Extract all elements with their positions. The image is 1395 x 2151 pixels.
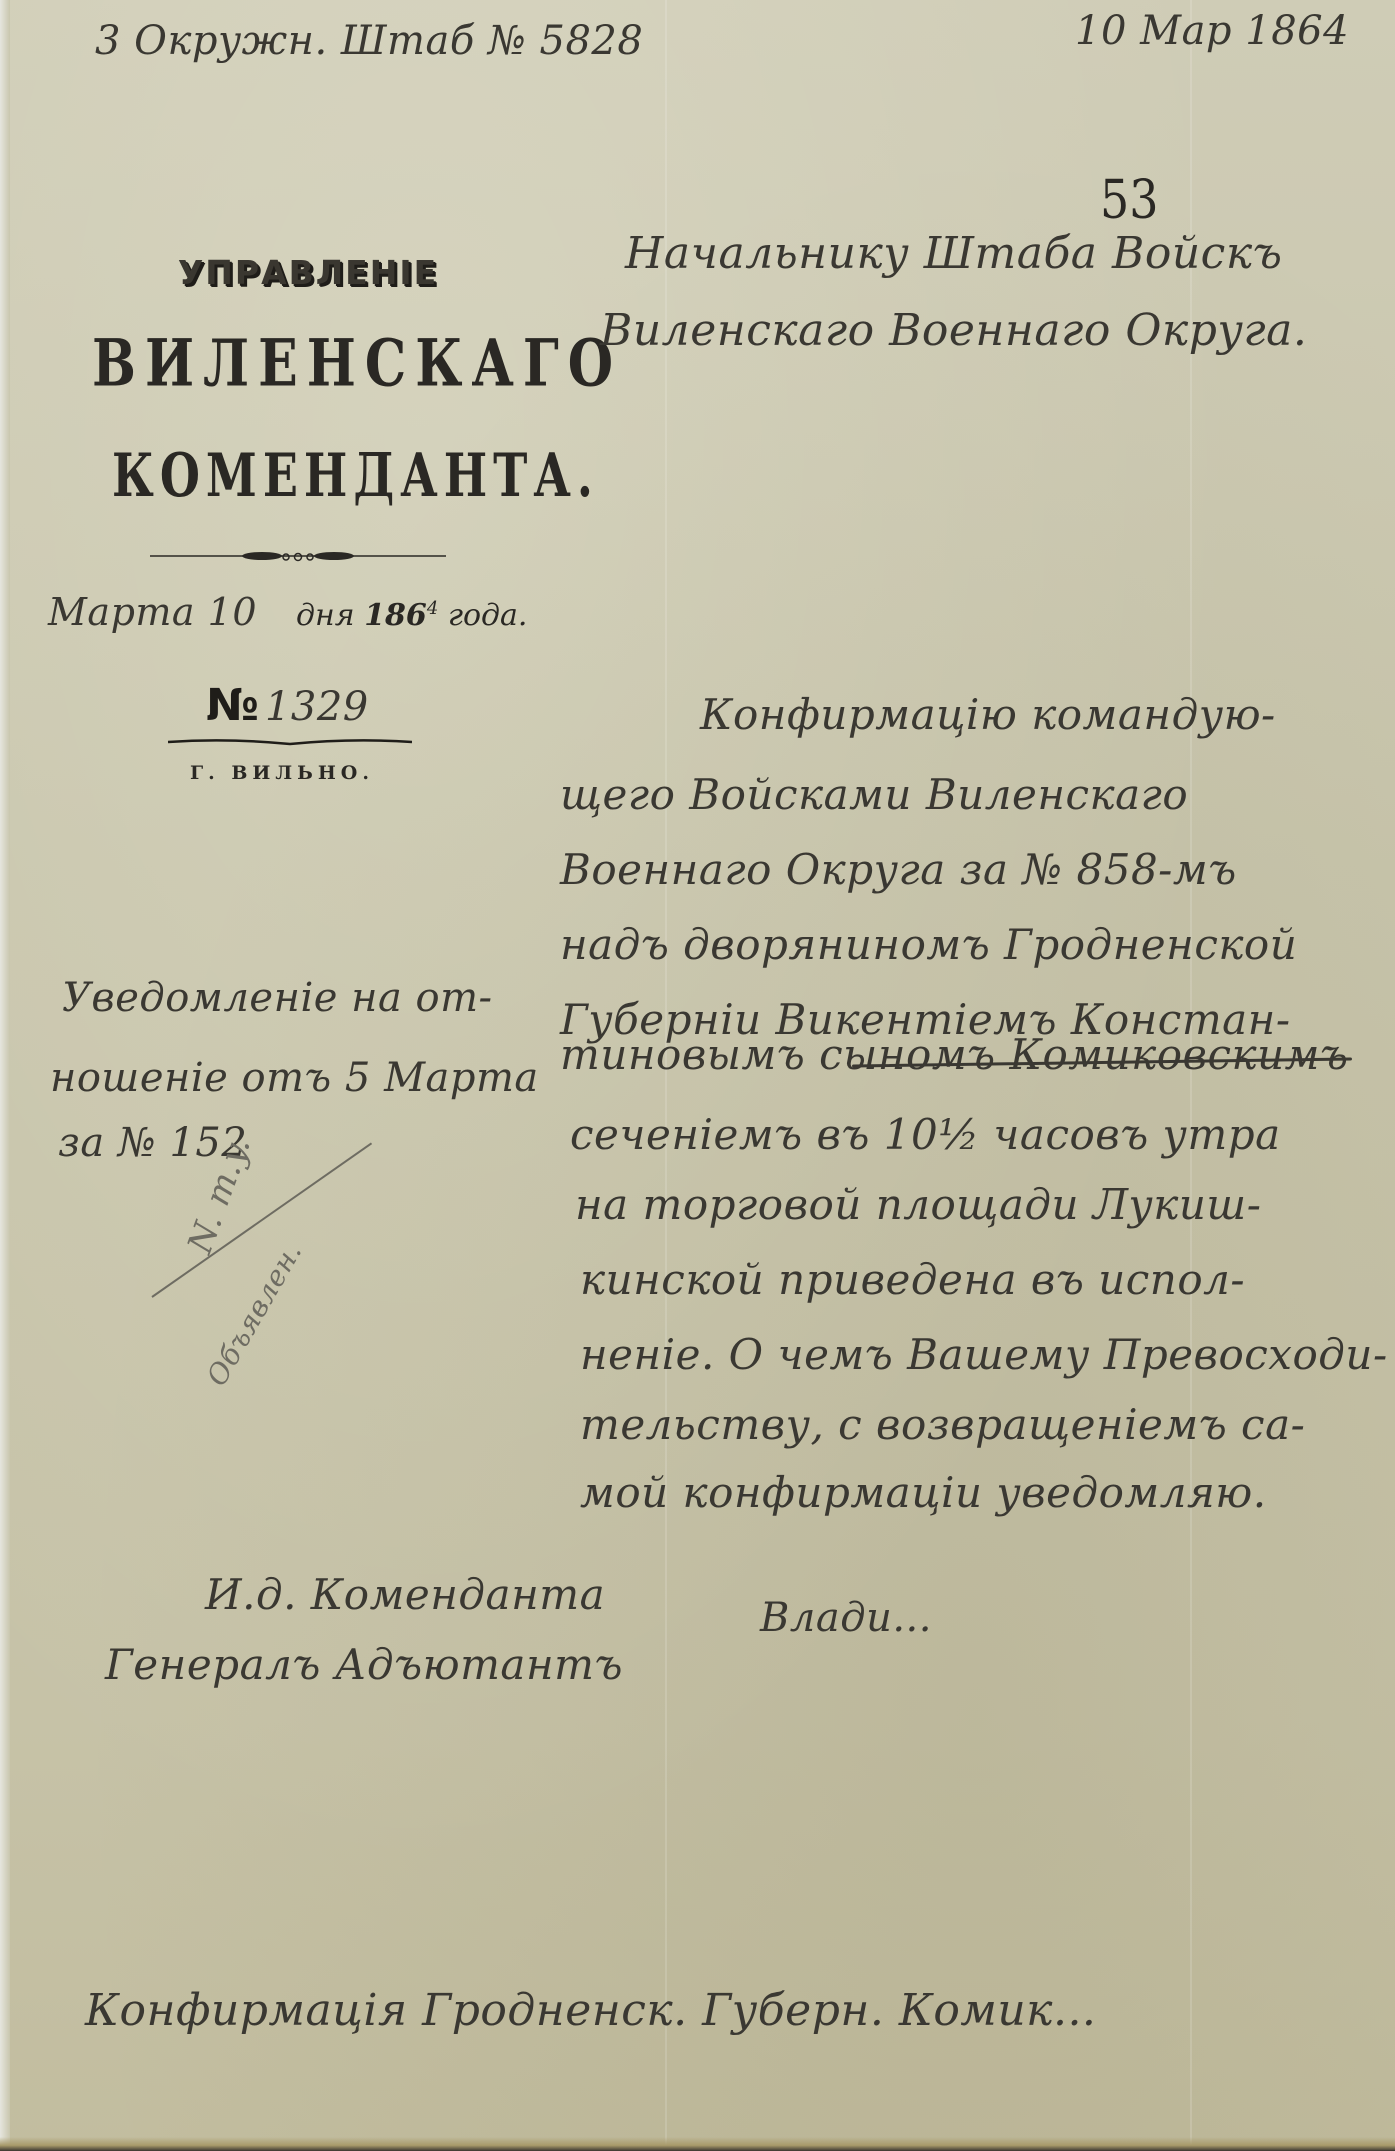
body-line-11: тельству, с возвращеніемъ са-: [580, 1400, 1305, 1449]
date-handwritten-month-day: Марта 10: [48, 590, 257, 634]
folio-number: 53: [1100, 168, 1159, 230]
pencil-note-line-2: Объявлен.: [200, 1237, 308, 1392]
signature-title-line-1: И.д. Коменданта: [205, 1570, 605, 1619]
addressee-line-1: Начальнику Штаба Войскъ: [625, 228, 1282, 279]
city-name: Г. ВИЛЬНО.: [190, 762, 390, 784]
body-line-2: щего Войсками Виленскаго: [560, 770, 1188, 819]
top-right-date-annotation: 10 Мар 1864: [1075, 8, 1349, 54]
document-number: №1329: [206, 680, 369, 731]
date-year-prefix: 186: [364, 598, 427, 633]
page-left-edge: [0, 0, 10, 2151]
body-line-6: тиновымъ сыномъ Комиковскимъ: [560, 1030, 1348, 1079]
document-page: 3 Окружн. Штаб № 5828 10 Мар 1864 53 УПР…: [0, 0, 1395, 2151]
body-line-7: сеченіемъ въ 10½ часовъ утра: [570, 1110, 1281, 1159]
body-line-8: на торговой площади Лукиш-: [575, 1180, 1261, 1229]
body-line-1: Конфирмацiю командую-: [700, 690, 1276, 739]
body-line-4: надъ дворяниномъ Гродненской: [560, 920, 1297, 969]
body-line-10: неніе. О чемъ Вашему Превосходи-: [580, 1330, 1388, 1379]
page-bottom-edge: [0, 2137, 1395, 2151]
signature: Влади...: [760, 1595, 932, 1641]
number-underline-ornament: [168, 738, 412, 748]
date-day-word: дня: [296, 598, 355, 633]
letterhead-line-1: УПРАВЛЕНІЕ: [158, 253, 458, 292]
body-line-3: Военнаго Округа за № 858-мъ: [560, 845, 1237, 894]
bottom-note: Конфирмацiя Гродненск. Губерн. Комик...: [85, 1985, 1096, 2036]
date-printed-line: дня 1864 года.: [296, 598, 527, 633]
letterhead-line-2: ВИЛЕНСКАГО: [92, 325, 512, 401]
letterhead-ornament-divider: [150, 548, 446, 564]
addressee-line-2: Виленскаго Военнаго Округа.: [600, 305, 1307, 356]
number-value: 1329: [265, 684, 369, 730]
signature-title-line-2: Генералъ Адъютантъ: [105, 1640, 623, 1689]
top-left-annotation: 3 Окружн. Штаб № 5828: [95, 18, 643, 64]
number-sign: №: [206, 680, 259, 731]
margin-note-line-1: Уведомленіе на от-: [62, 975, 493, 1021]
date-year-digit: 4: [427, 598, 438, 619]
letterhead-line-3: КОМЕНДАНТА.: [112, 440, 512, 510]
margin-note-line-2: ношеніе отъ 5 Марта: [50, 1055, 539, 1101]
body-line-9: кинской приведена въ испол-: [580, 1255, 1245, 1304]
body-line-12: мой конфирмаціи уведомляю.: [580, 1468, 1267, 1517]
date-year-word: года.: [448, 598, 528, 633]
